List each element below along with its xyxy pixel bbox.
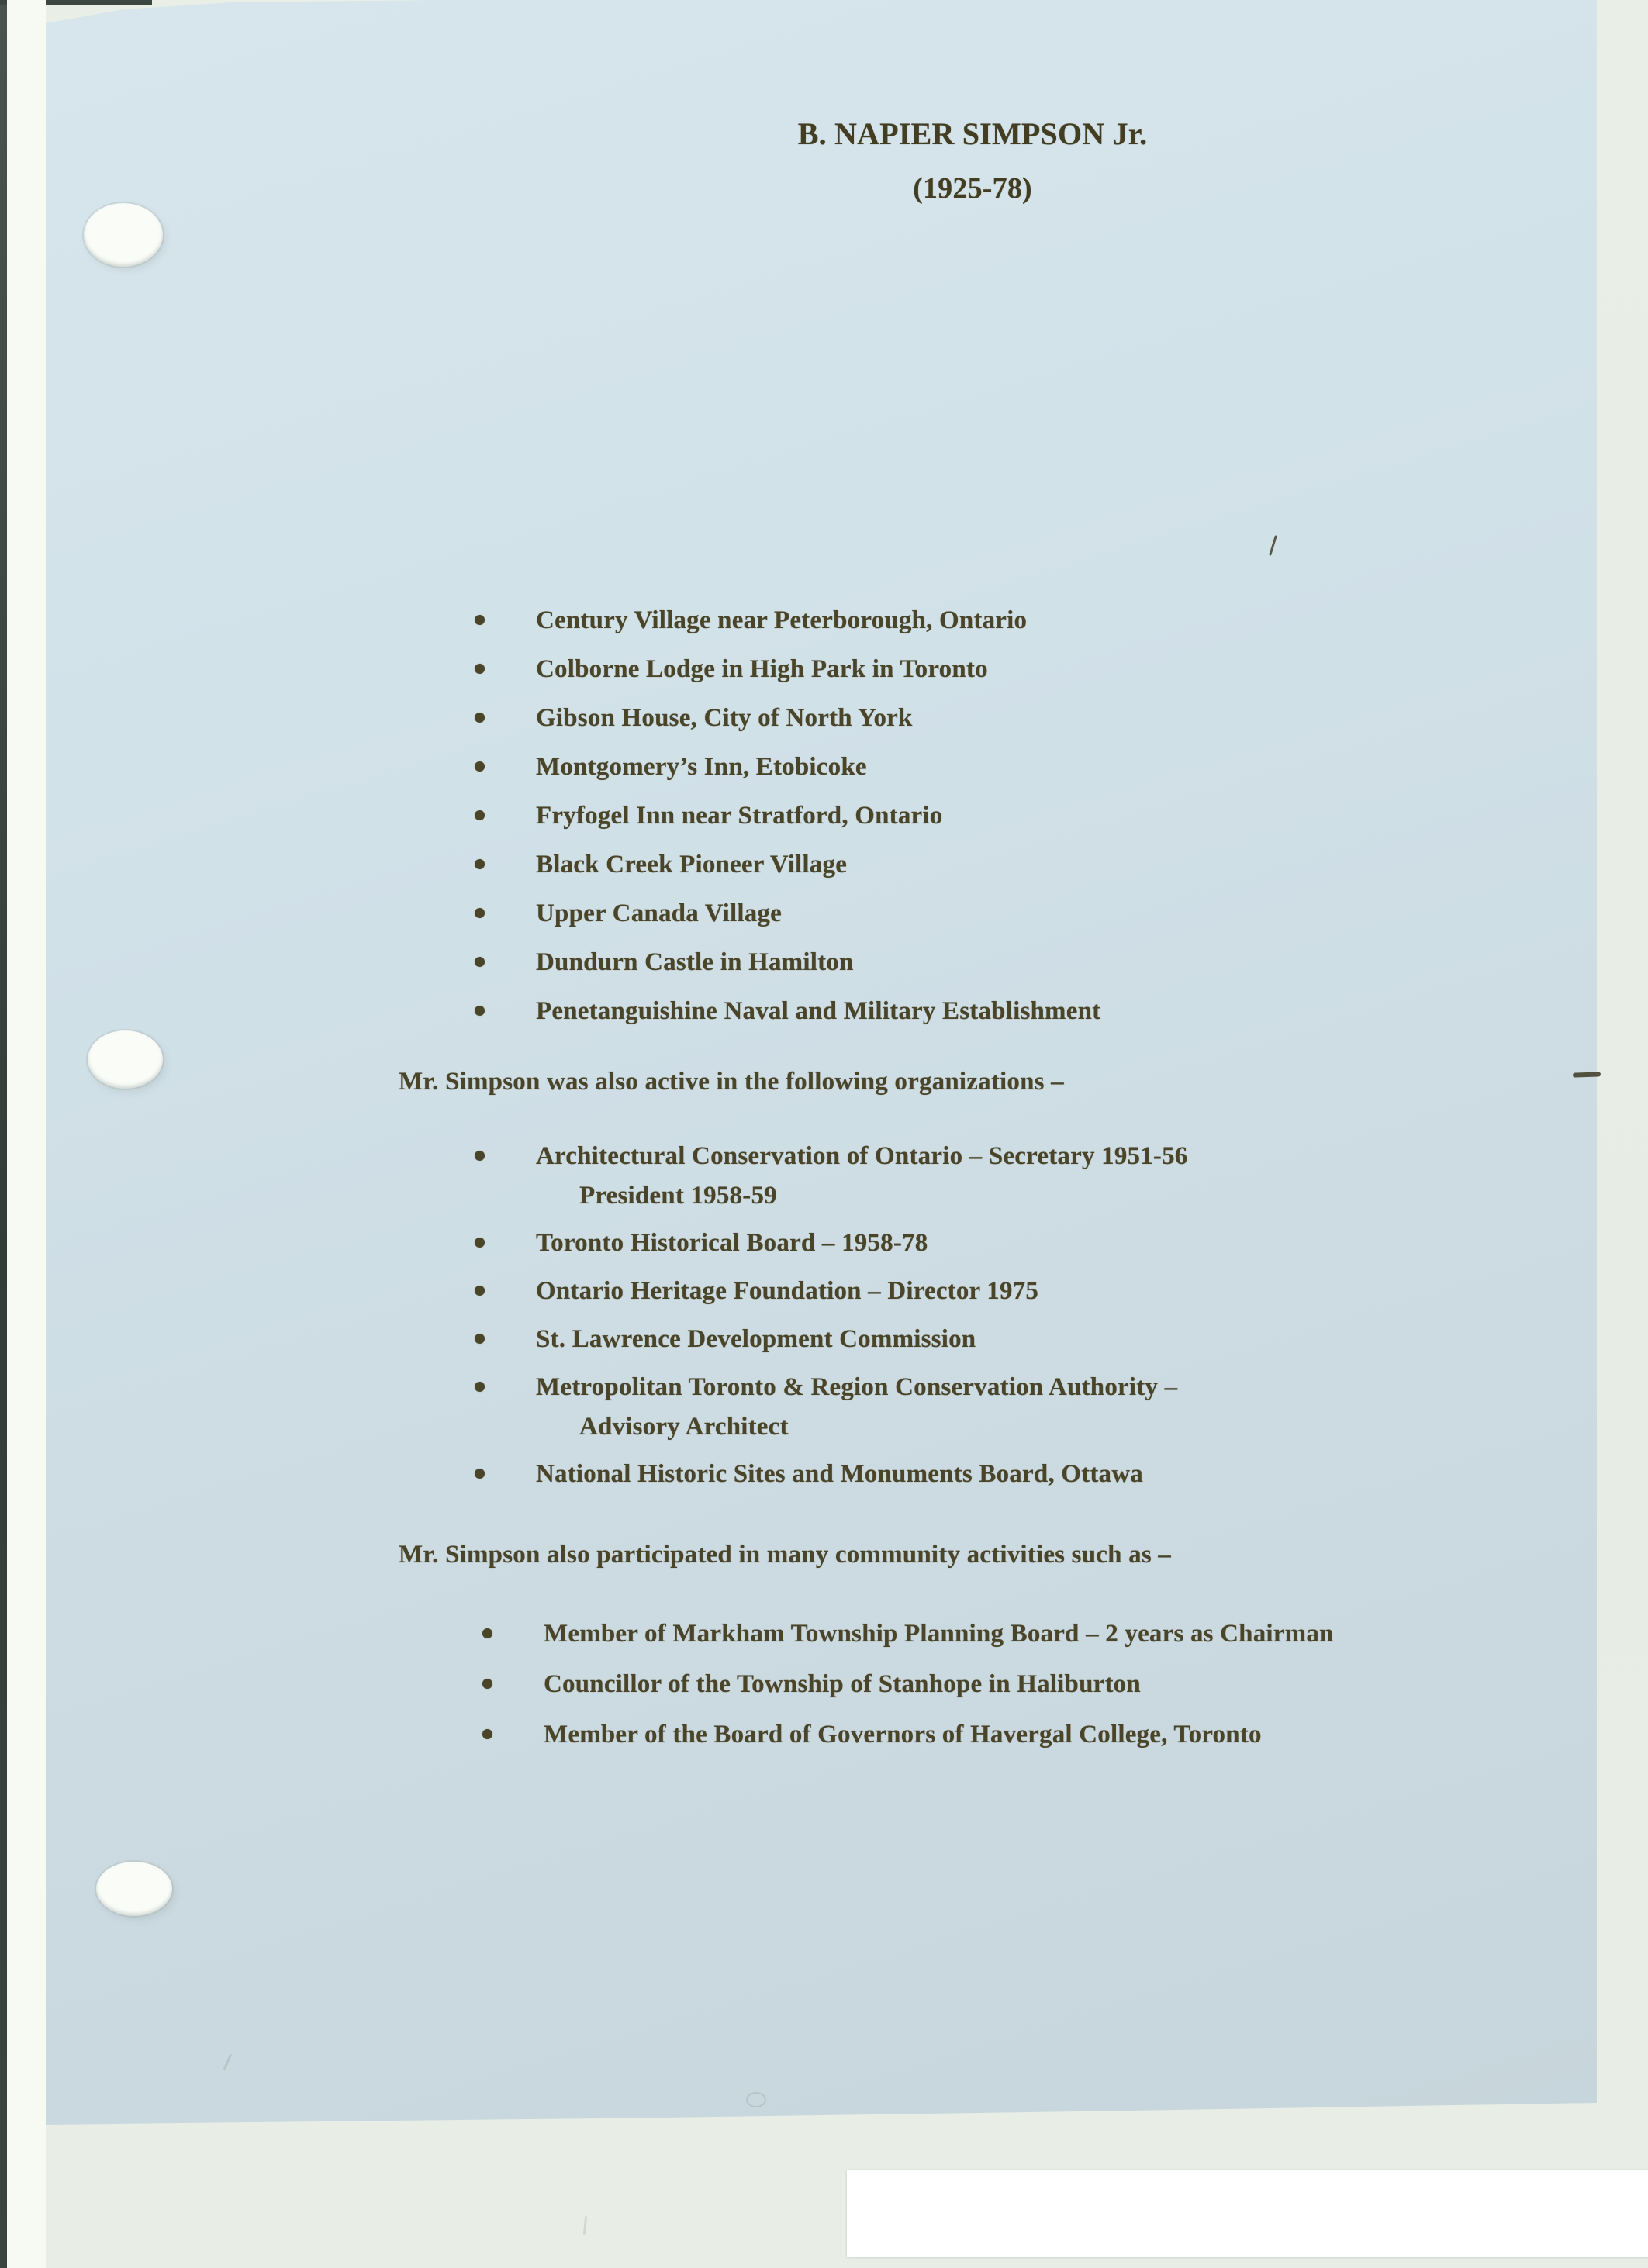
bullet-icon xyxy=(475,859,485,869)
list-item-text: Ontario Heritage Foundation – Director 1… xyxy=(536,1272,1038,1310)
list-item-text: Architectural Conservation of Ontario – … xyxy=(536,1137,1188,1175)
list-item-text: Upper Canada Village xyxy=(536,894,782,933)
projects-list: Century Village near Peterborough, Ontar… xyxy=(399,601,1601,1041)
list-item-text: Member of the Board of Governors of Have… xyxy=(544,1715,1262,1754)
list-item: Fryfogel Inn near Stratford, Ontario xyxy=(399,796,1601,835)
scanner-edge-strip xyxy=(0,0,7,2268)
bullet-icon xyxy=(475,1469,485,1479)
list-item: Dundurn Castle in Hamilton xyxy=(399,943,1601,982)
bullet-icon xyxy=(475,664,485,674)
bullet-icon xyxy=(475,1334,485,1344)
list-item: Toronto Historical Board – 1958-78 xyxy=(399,1224,1601,1262)
list-item: Metropolitan Toronto & Region Conservati… xyxy=(399,1368,1601,1445)
list-item-text: Councillor of the Township of Stanhope i… xyxy=(544,1665,1141,1704)
list-item: Architectural Conservation of Ontario – … xyxy=(399,1137,1601,1214)
list-item: Member of the Board of Governors of Have… xyxy=(399,1715,1601,1754)
bullet-icon xyxy=(482,1628,492,1638)
document-dates: (1925-78) xyxy=(399,171,1546,206)
bullet-icon xyxy=(482,1679,492,1689)
organizations-list: Architectural Conservation of Ontario – … xyxy=(399,1137,1601,1503)
list-item: Penetanguishine Naval and Military Estab… xyxy=(399,992,1601,1030)
bullet-icon xyxy=(475,761,485,772)
list-item: Century Village near Peterborough, Ontar… xyxy=(399,601,1601,640)
document-page: B. NAPIER SIMPSON Jr. (1925-78) Century … xyxy=(46,0,1597,2128)
list-item-text: Gibson House, City of North York xyxy=(536,699,913,737)
list-item-text: Century Village near Peterborough, Ontar… xyxy=(536,601,1027,640)
bullet-icon xyxy=(475,1286,485,1296)
list-item-continuation: Advisory Architect xyxy=(579,1408,1601,1445)
list-item-text: Member of Markham Township Planning Boar… xyxy=(544,1614,1334,1653)
community-list: Member of Markham Township Planning Boar… xyxy=(399,1614,1601,1766)
bullet-icon xyxy=(475,1238,485,1248)
list-item: Black Creek Pioneer Village xyxy=(399,845,1601,884)
scan-artifact-faint-mark xyxy=(583,2216,587,2235)
copyright-stamp xyxy=(847,2170,1648,2257)
list-item-text: National Historic Sites and Monuments Bo… xyxy=(536,1455,1143,1493)
list-item: Colborne Lodge in High Park in Toronto xyxy=(399,650,1601,689)
bullet-icon xyxy=(475,1151,485,1161)
bullet-icon xyxy=(475,1382,485,1392)
list-item-text: Black Creek Pioneer Village xyxy=(536,845,847,884)
list-item-text: Colborne Lodge in High Park in Toronto xyxy=(536,650,988,689)
list-item-text: St. Lawrence Development Commission xyxy=(536,1320,976,1358)
list-item-text: Montgomery’s Inn, Etobicoke xyxy=(536,747,867,786)
bullet-icon xyxy=(475,1006,485,1016)
scan-artifact-faint-curl xyxy=(746,2092,766,2107)
list-item: Upper Canada Village xyxy=(399,894,1601,933)
list-item: Member of Markham Township Planning Boar… xyxy=(399,1614,1601,1653)
bullet-icon xyxy=(475,957,485,967)
punch-hole-top xyxy=(84,203,163,267)
punch-hole-bottom xyxy=(96,1862,172,1916)
list-item-continuation: President 1958-59 xyxy=(579,1177,1601,1214)
bullet-icon xyxy=(482,1729,492,1739)
bullet-icon xyxy=(475,908,485,918)
list-item: Ontario Heritage Foundation – Director 1… xyxy=(399,1272,1601,1310)
list-item: St. Lawrence Development Commission xyxy=(399,1320,1601,1358)
bullet-icon xyxy=(475,615,485,625)
list-item: Gibson House, City of North York xyxy=(399,699,1601,737)
bullet-icon xyxy=(475,713,485,723)
list-item: National Historic Sites and Monuments Bo… xyxy=(399,1455,1601,1493)
page-margin-strip xyxy=(7,0,46,2268)
list-item-text: Fryfogel Inn near Stratford, Ontario xyxy=(536,796,942,835)
list-item-text: Dundurn Castle in Hamilton xyxy=(536,943,854,982)
document-scan: B. NAPIER SIMPSON Jr. (1925-78) Century … xyxy=(0,0,1648,2268)
punch-hole-middle xyxy=(88,1030,163,1089)
scan-artifact-dash xyxy=(1573,1072,1601,1077)
list-item-text: Penetanguishine Naval and Military Estab… xyxy=(536,992,1100,1030)
bullet-icon xyxy=(475,810,485,820)
organizations-intro: Mr. Simpson was also active in the follo… xyxy=(399,1062,1546,1101)
community-intro: Mr. Simpson also participated in many co… xyxy=(399,1535,1546,1574)
list-item-text: Toronto Historical Board – 1958-78 xyxy=(536,1224,928,1262)
list-item: Councillor of the Township of Stanhope i… xyxy=(399,1665,1601,1704)
document-title: B. NAPIER SIMPSON Jr. xyxy=(399,116,1546,152)
list-item: Montgomery’s Inn, Etobicoke xyxy=(399,747,1601,786)
list-item-text: Metropolitan Toronto & Region Conservati… xyxy=(536,1368,1177,1407)
